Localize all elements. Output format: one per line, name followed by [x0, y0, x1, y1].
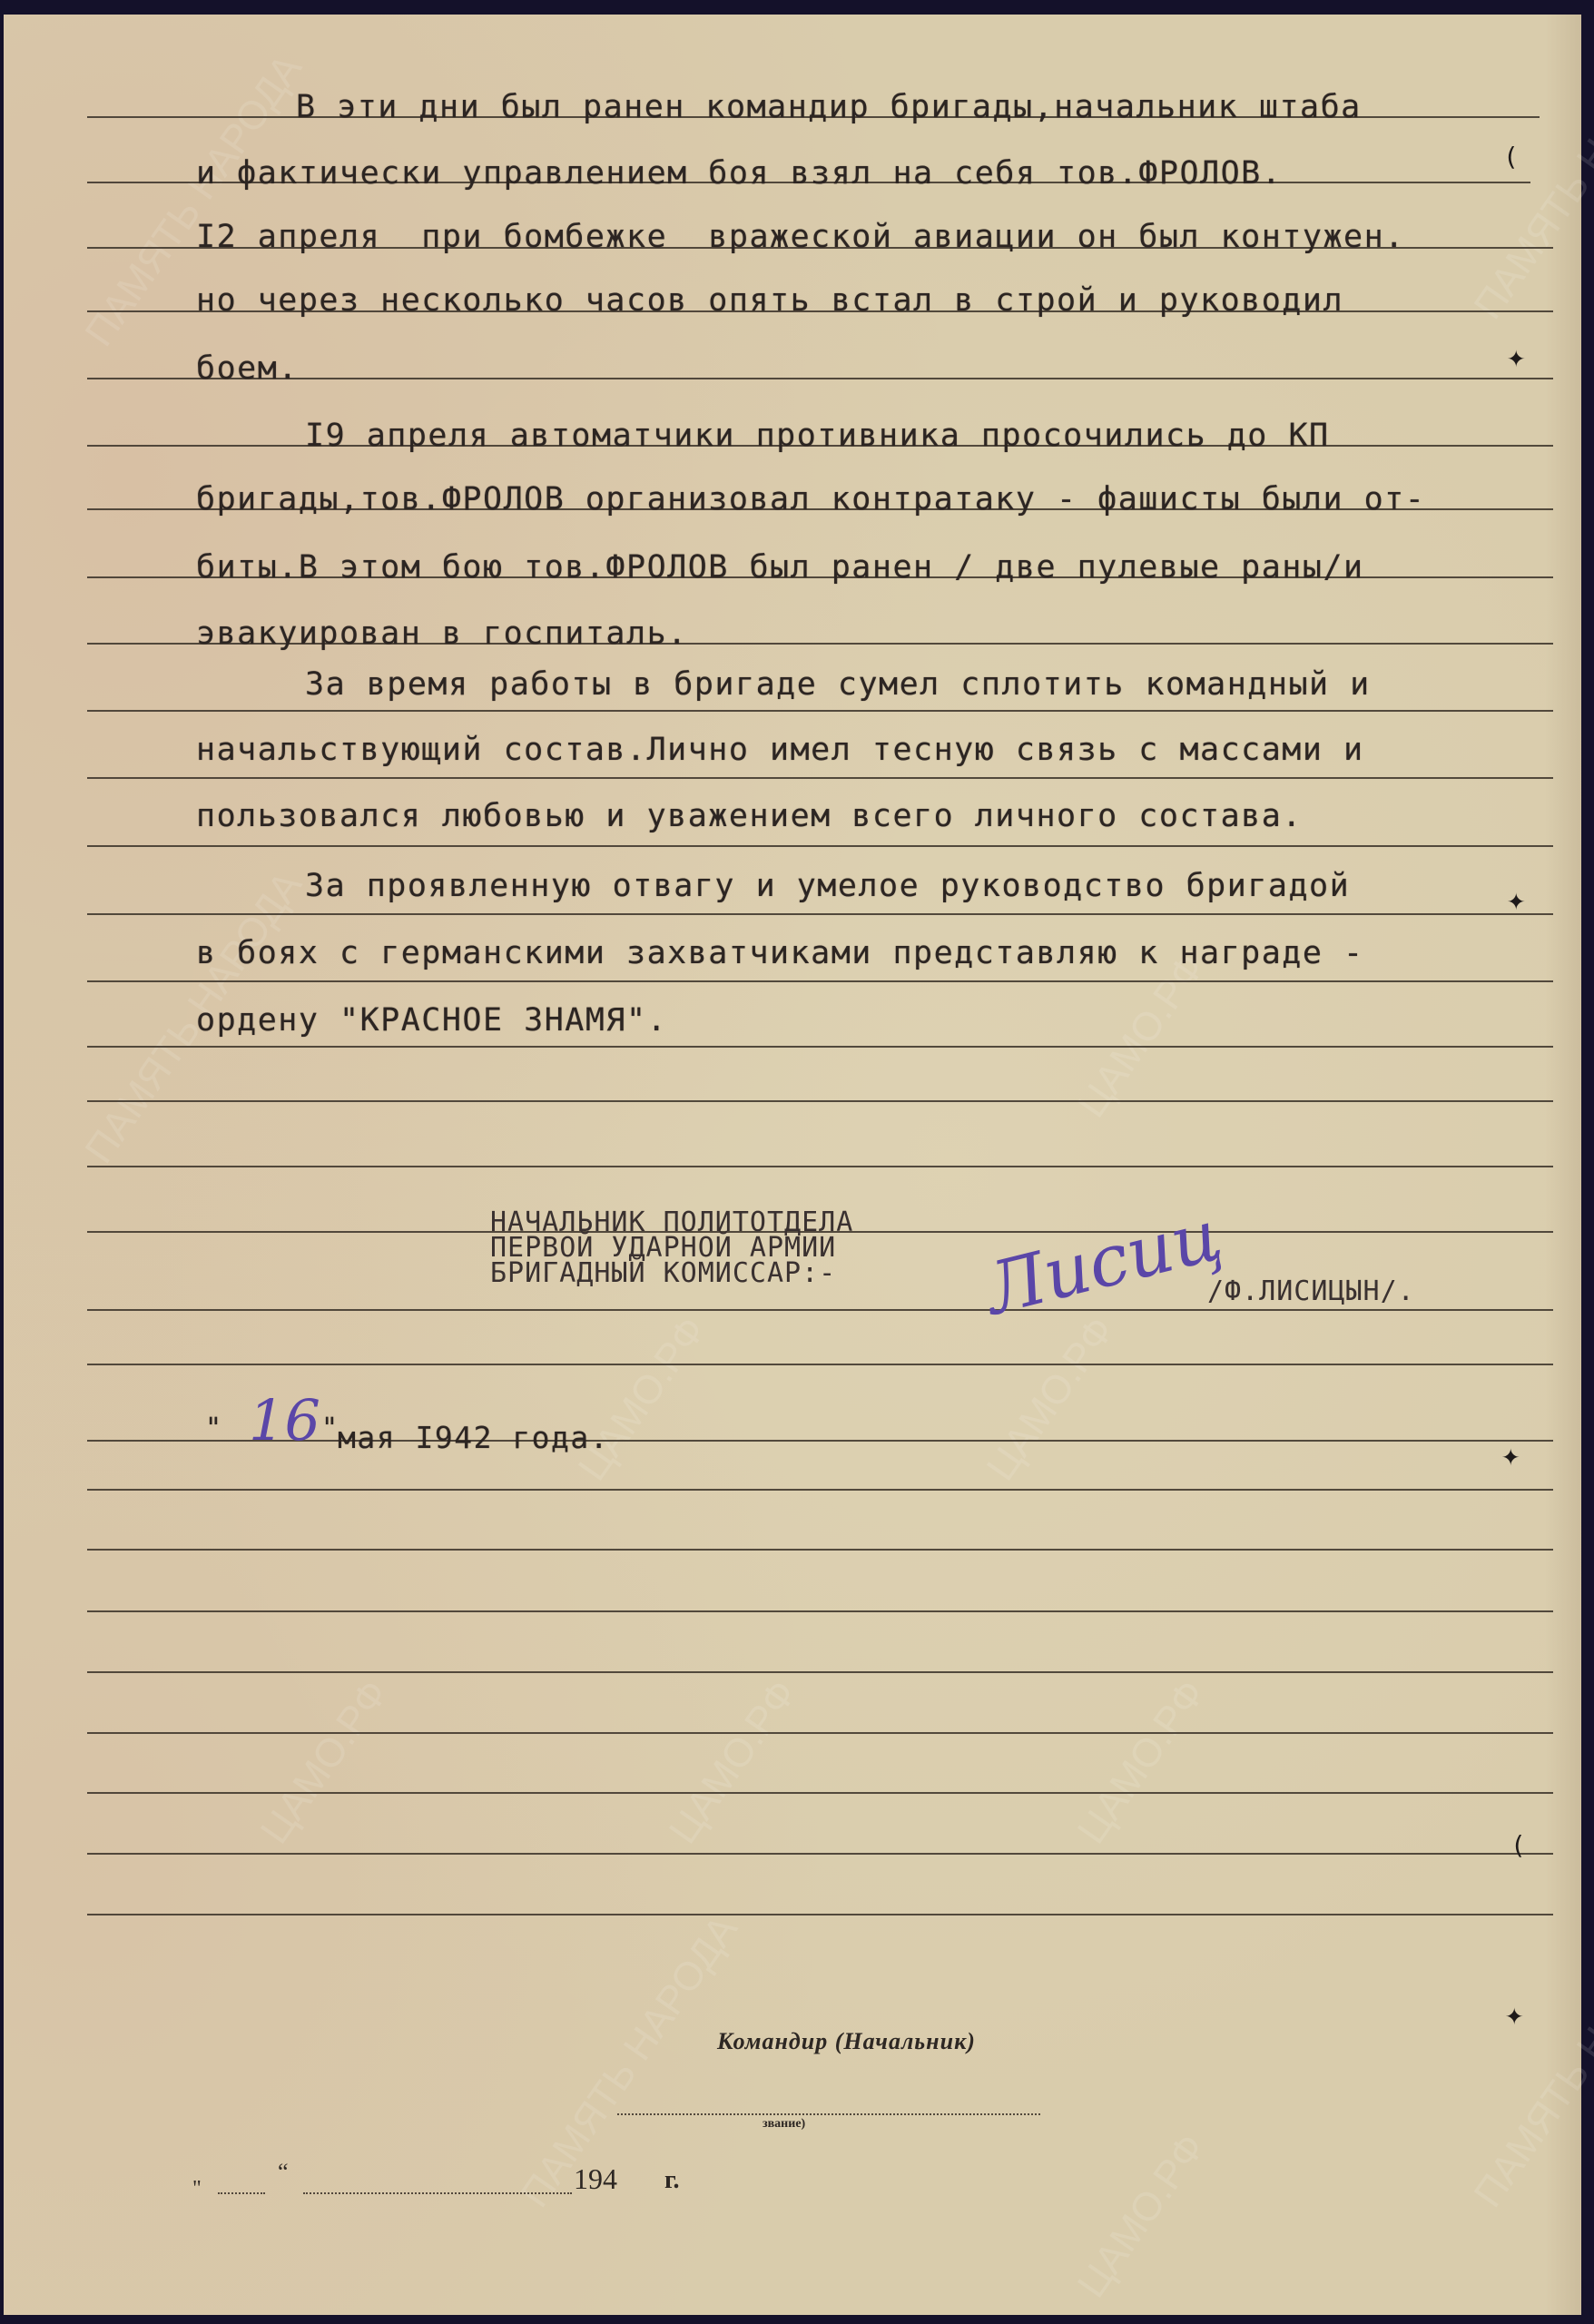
date-day-handwritten: 16 — [249, 1387, 320, 1453]
date-template-day-line — [218, 2192, 265, 2194]
signer-title-3: БРИГАДНЫЙ КОМИССАР:- — [490, 1260, 836, 1287]
ruled-line — [87, 1732, 1553, 1734]
body-line-2: и фактически управлением боя взял на себ… — [196, 155, 1282, 192]
body-line-3: I2 апреля при бомбежке вражеской авиации… — [196, 219, 1405, 255]
binding-hole-mark: ✦ — [1505, 1999, 1523, 2030]
date-quote-open: " — [205, 1411, 223, 1447]
body-line-9: эвакуирован в госпиталь. — [196, 615, 688, 652]
ruled-line — [87, 1364, 1553, 1365]
watermark: ЦАМО.РФ — [570, 1309, 715, 1489]
commander-label: Командир (Начальник) — [717, 2028, 976, 2055]
ruled-line — [87, 1046, 1553, 1048]
body-line-14: в боях с германскими захватчиками предст… — [196, 935, 1364, 971]
ruled-line — [87, 1549, 1553, 1551]
body-line-10: За время работы в бригаде сумел сплотить… — [305, 666, 1371, 703]
binding-hole-mark: ✦ — [1507, 341, 1525, 372]
body-line-1: В эти дни был ранен командир бригады,нач… — [296, 89, 1362, 125]
watermark: ЦАМО.РФ — [979, 1309, 1124, 1489]
binding-hole-mark: ✦ — [1507, 884, 1525, 915]
date-template-quote-mid: “ — [278, 2159, 289, 2186]
date-text: мая I942 года. — [338, 1420, 609, 1456]
watermark: ЦАМО.РФ — [661, 1672, 806, 1852]
ruled-line — [87, 980, 1553, 982]
watermark: ПАМЯТЬ НАРОДА — [512, 1907, 747, 2215]
margin-mark: ( — [1510, 1830, 1526, 1861]
ruled-line — [87, 1166, 1553, 1167]
ruled-line — [87, 1489, 1553, 1491]
body-line-8: биты.В этом бою тов.ФРОЛОВ был ранен / д… — [196, 549, 1364, 586]
body-line-13: За проявленную отвагу и умелое руководст… — [305, 868, 1350, 904]
body-line-4: но через несколько часов опять встал в с… — [196, 282, 1343, 319]
body-line-11: начальствующий состав.Лично имел тесную … — [196, 732, 1364, 768]
watermark: ЦАМО.РФ — [252, 1672, 398, 1852]
ruled-line — [87, 1792, 1553, 1794]
ruled-line — [87, 1309, 1553, 1311]
ruled-line — [87, 710, 1553, 712]
date-template-year-prefix: 194 — [574, 2162, 617, 2196]
ruled-line — [87, 1100, 1553, 1102]
ruled-line — [87, 1853, 1553, 1855]
date-template-year-suffix: г. — [664, 2166, 680, 2195]
date-template-month-line — [303, 2192, 572, 2194]
rank-signature-line — [617, 2113, 1040, 2115]
ruled-line — [87, 1914, 1553, 1915]
binding-hole-mark: ✦ — [1501, 1440, 1520, 1471]
ruled-line — [87, 777, 1553, 779]
body-line-15: ордену "КРАСНОЕ ЗНАМЯ". — [196, 1002, 667, 1039]
date-template-quote-open: " — [192, 2177, 202, 2201]
ruled-line — [87, 845, 1553, 847]
watermark: ЦАМО.РФ — [1069, 946, 1215, 1126]
body-line-12: пользовался любовью и уважением всего ли… — [196, 798, 1303, 834]
watermark: ЦАМО.РФ — [1069, 1672, 1215, 1852]
watermark: ЦАМО.РФ — [1069, 2126, 1215, 2306]
date-quote-close: " — [321, 1411, 339, 1447]
ruled-line — [87, 1610, 1553, 1612]
ruled-line — [87, 378, 1553, 379]
signer-name: /Ф.ЛИСИЦЫН/. — [1207, 1278, 1415, 1305]
ruled-line — [87, 913, 1553, 915]
rank-caption: звание) — [763, 2117, 805, 2132]
body-line-7: бригады,тов.ФРОЛОВ организовал контратак… — [196, 481, 1425, 517]
body-line-5: боем. — [196, 350, 299, 387]
margin-mark: ( — [1503, 142, 1519, 172]
ruled-line — [87, 1671, 1553, 1673]
document-page: ПАМЯТЬ НАРОДА ПАМЯТЬ НАРОДА ЦАМО.РФ ЦАМО… — [4, 15, 1581, 2315]
body-line-6: I9 апреля автоматчики противника просочи… — [305, 418, 1330, 454]
paper-edge — [1545, 15, 1581, 2315]
